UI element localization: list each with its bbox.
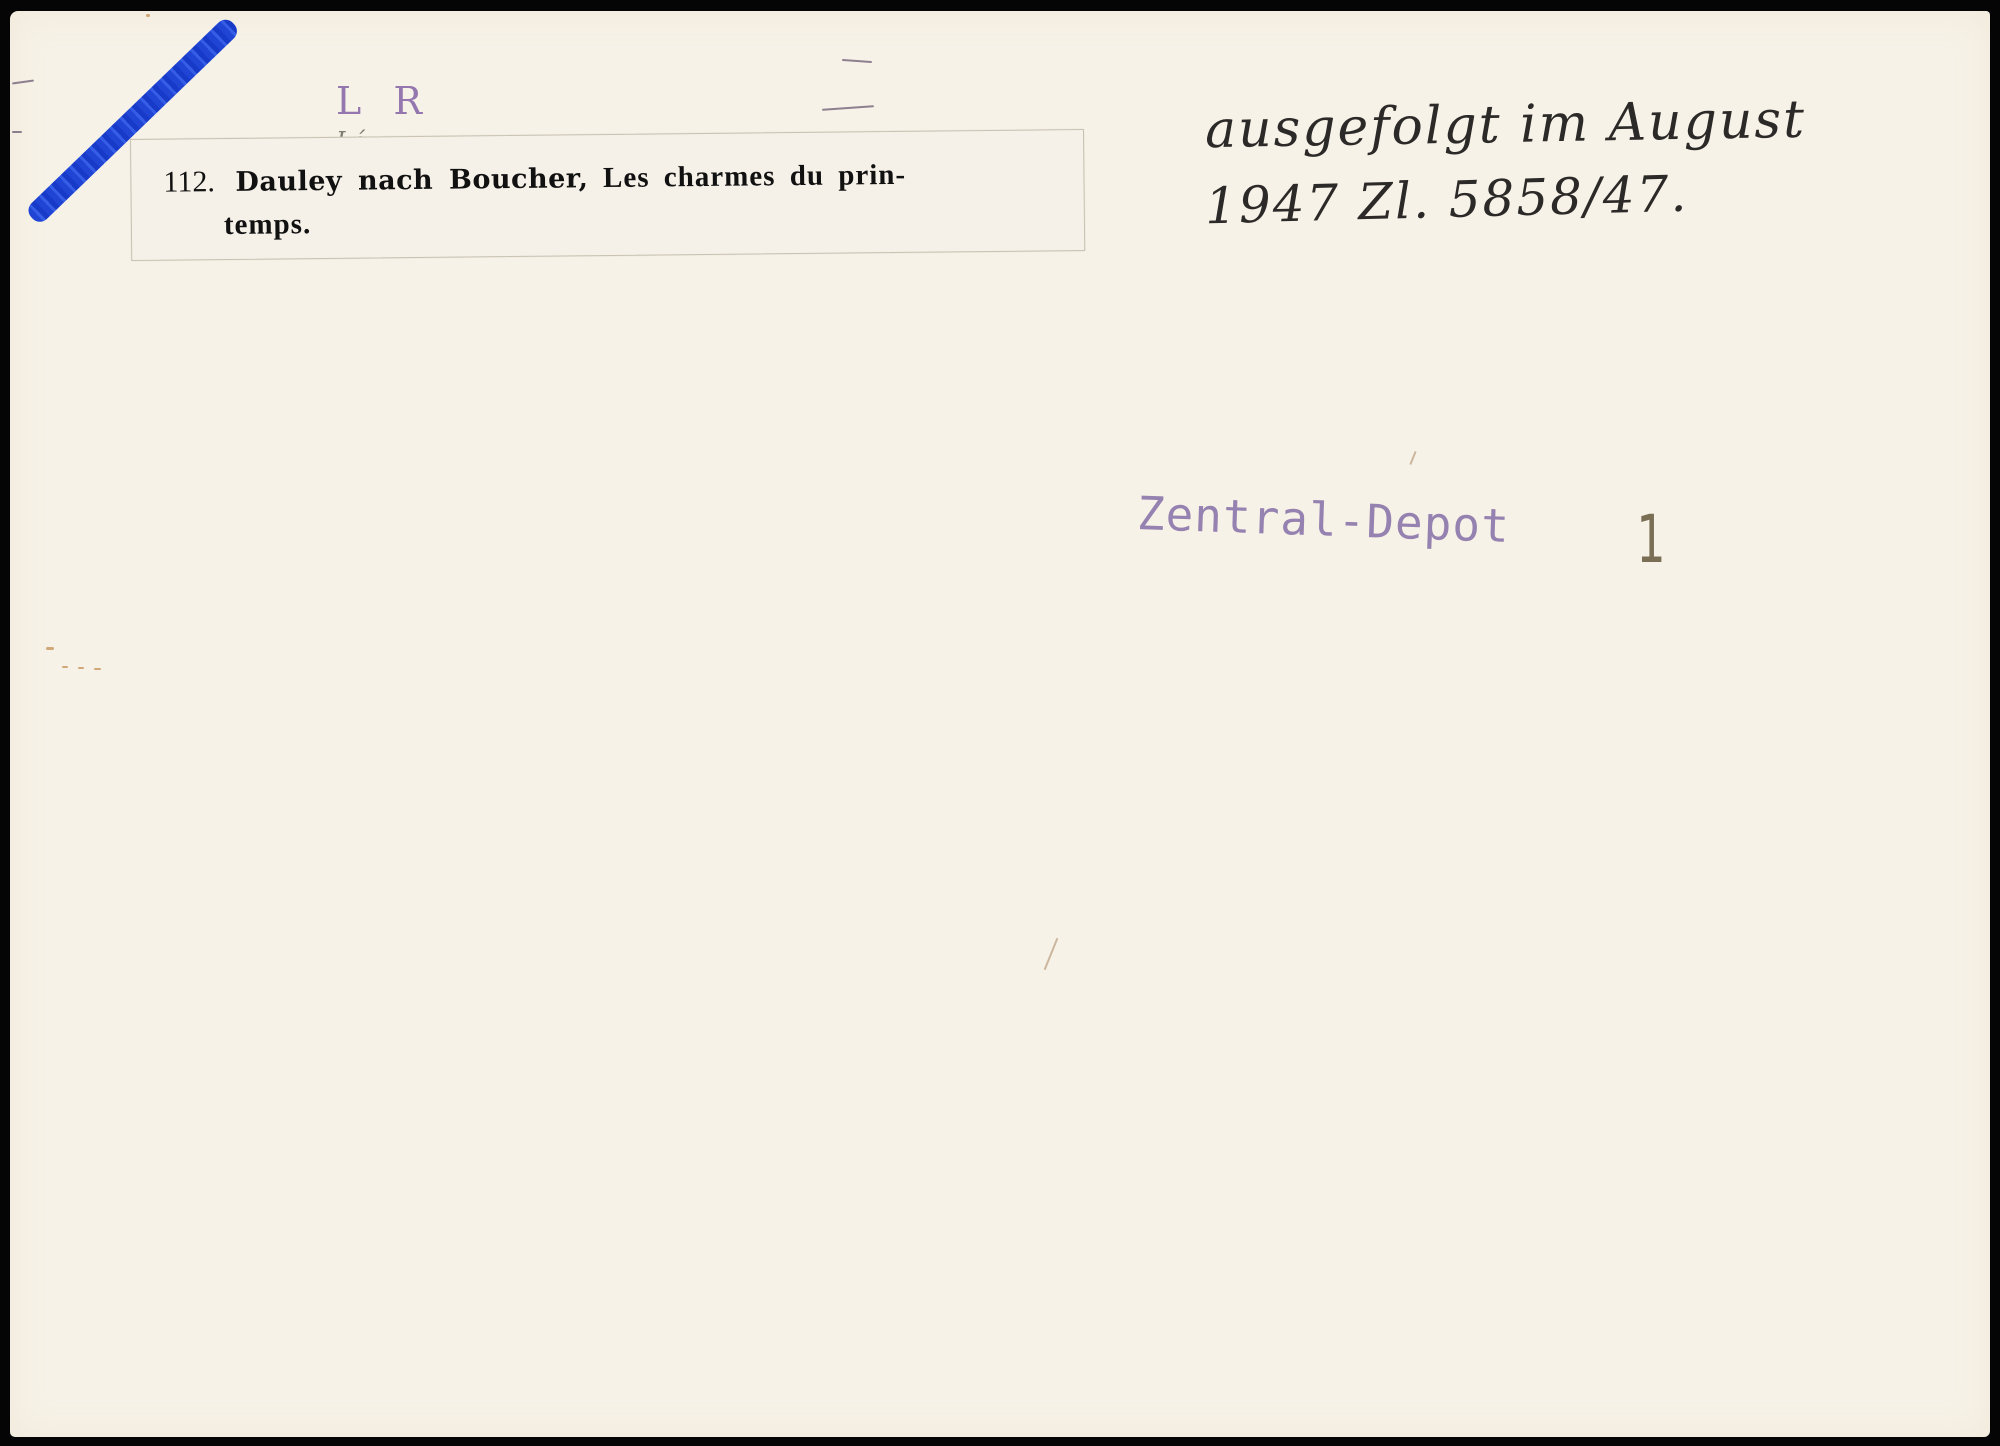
faint-pencil-stroke <box>1044 938 1059 970</box>
catalog-number: 112. <box>163 165 215 199</box>
initials-stamp: L R <box>336 79 432 123</box>
foxing-spot <box>146 14 150 17</box>
handwritten-note-line2: 1947 Zl. 5858/47. <box>1204 165 1689 236</box>
zentral-depot-stamp: Zentral-Depot <box>1136 486 1511 553</box>
pencil-number-mark: 1 <box>1636 501 1665 578</box>
foxing-spot <box>78 667 84 669</box>
catalog-title-part1: Les charmes du prin- <box>603 159 906 194</box>
pencil-dash-left-lower <box>12 131 22 133</box>
foxing-spot <box>94 668 101 670</box>
catalog-label: 112. Dauley nach Boucher, Les charmes du… <box>130 129 1085 261</box>
pencil-dash-left-upper <box>12 79 34 84</box>
faint-pencil-stroke <box>1409 451 1416 465</box>
pencil-dash-top-upper <box>842 59 872 63</box>
foxing-spot <box>62 666 68 668</box>
pencil-dash-top-lower <box>822 105 874 111</box>
catalog-artist: Dauley nach Boucher, <box>235 163 588 198</box>
catalog-label-line1: 112. Dauley nach Boucher, Les charmes du… <box>163 158 906 200</box>
handwritten-note-line1: ausgefolgt im August <box>1205 90 1807 160</box>
catalog-title-part2: temps. <box>224 208 312 242</box>
archival-card: L R Lé 112. Dauley nach Boucher, Les cha… <box>10 11 1990 1437</box>
foxing-spot <box>46 647 54 650</box>
